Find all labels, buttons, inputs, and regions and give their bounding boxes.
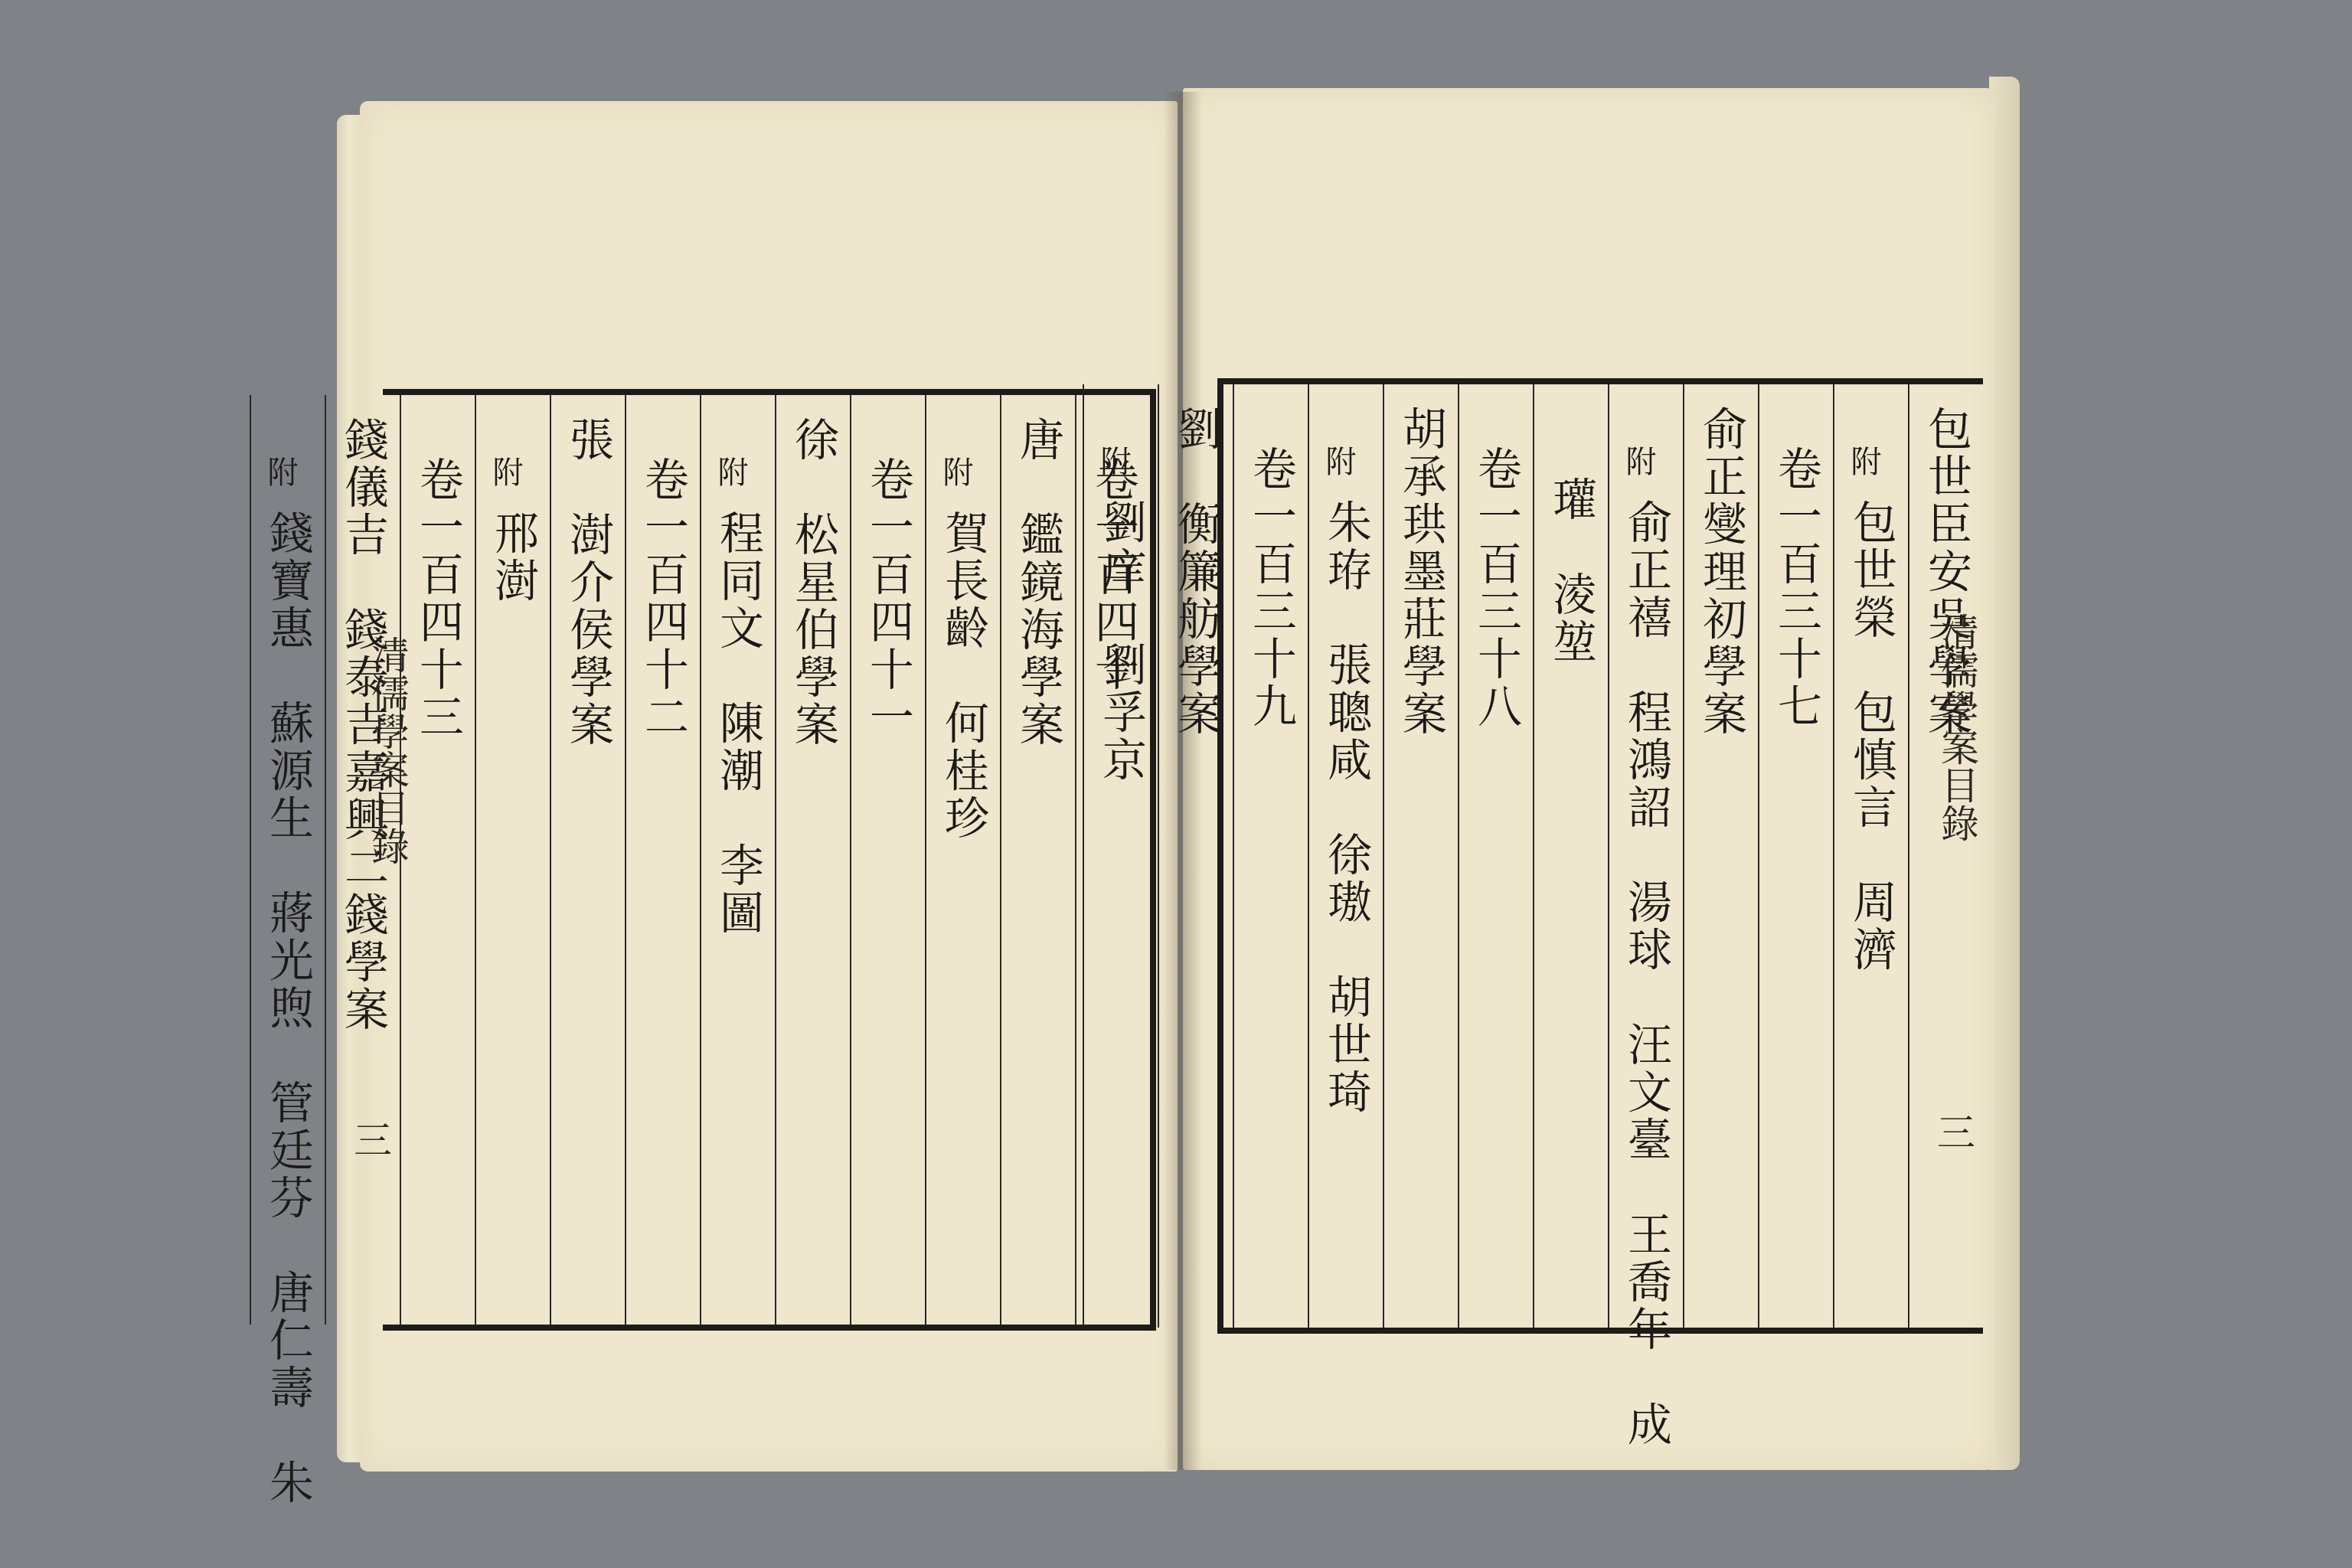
appended-marker: 附 <box>919 456 992 490</box>
case-title: 張 澍介侯學案 <box>562 416 614 749</box>
column-case: 包世臣安吳學案 <box>1908 384 1983 1328</box>
page-number-left: 三 <box>354 1110 392 1165</box>
appended-marker: 附 <box>1302 446 1375 479</box>
appended-names: 程同文 陳潮 李圖 <box>712 510 764 937</box>
column-appended: 附包世榮 包慎言 周濟 <box>1833 384 1908 1328</box>
banxin-title-left: 清儒學案目錄 <box>360 635 415 865</box>
case-title: 劉 衡簾舫學案 <box>1170 406 1222 738</box>
appended-names: 包世榮 包慎言 周濟 <box>1845 499 1897 974</box>
column-case: 唐 鑑鏡海學案 <box>1000 395 1075 1325</box>
appended-marker: 附 <box>1602 446 1675 479</box>
appended-marker: 附 <box>1827 446 1900 479</box>
column-appended: 附賀長齡 何桂珍 <box>925 395 1000 1325</box>
banxin-title-right: 清儒學案目錄 <box>1929 612 1984 842</box>
column-volume: 卷一百三十九 <box>1233 384 1308 1328</box>
volume-number: 卷一百三十八 <box>1470 446 1522 730</box>
column-appended: 附朱珔 張聰咸 徐璈 胡世琦 <box>1308 384 1383 1328</box>
column-case: 張 澍介侯學案 <box>550 395 625 1325</box>
right-page-text-frame: 包世臣安吳學案 附包世榮 包慎言 周濟 卷一百三十七 俞正燮理初學案 附俞正禧 … <box>1217 378 1983 1334</box>
continuation-names: 瓘 淩堃 <box>1545 476 1597 666</box>
volume-number: 卷一百三十九 <box>1245 446 1297 730</box>
volume-number: 卷一百四十一 <box>862 456 914 741</box>
column-case: 俞正燮理初學案 <box>1683 384 1758 1328</box>
appended-names: 朱珔 張聰咸 徐璈 胡世琦 <box>1320 499 1372 1116</box>
left-page-columns: 卷一百四十 唐 鑑鏡海學案 附賀長齡 何桂珍 卷一百四十一 徐 松星伯學案 附程… <box>383 395 1150 1325</box>
appended-names: 賀長齡 何桂珍 <box>937 510 989 842</box>
column-case: 劉 衡簾舫學案 <box>1158 384 1233 1328</box>
volume-number: 卷一百四十二 <box>637 456 689 741</box>
column-continuation: 瓘 淩堃 <box>1533 384 1608 1328</box>
case-title: 徐 松星伯學案 <box>787 416 839 749</box>
column-case: 徐 松星伯學案 <box>775 395 850 1325</box>
page-number-right: 三 <box>1937 1102 1975 1158</box>
column-volume: 卷一百四十一 <box>850 395 925 1325</box>
appended-names: 俞正禧 程鴻詔 湯球 汪文臺 王喬年 成 <box>1620 499 1672 1449</box>
column-volume: 卷一百四十 <box>1075 395 1150 1325</box>
column-volume: 卷一百三十八 <box>1458 384 1533 1328</box>
left-page-text-frame: 卷一百四十 唐 鑑鏡海學案 附賀長齡 何桂珍 卷一百四十一 徐 松星伯學案 附程… <box>383 389 1156 1331</box>
column-volume: 卷一百四十二 <box>625 395 700 1325</box>
column-volume: 卷一百三十七 <box>1758 384 1833 1328</box>
column-appended: 附程同文 陳潮 李圖 <box>700 395 775 1325</box>
volume-number: 卷一百三十七 <box>1770 446 1822 730</box>
case-title: 胡承珙墨莊學案 <box>1395 406 1447 738</box>
column-appended: 附邢澍 <box>475 395 550 1325</box>
appended-marker: 附 <box>243 456 317 490</box>
volume-number: 卷一百四十三 <box>412 456 464 741</box>
right-page-columns: 包世臣安吳學案 附包世榮 包慎言 周濟 卷一百三十七 俞正燮理初學案 附俞正禧 … <box>1223 384 1983 1328</box>
column-case: 胡承珙墨莊學案 <box>1383 384 1458 1328</box>
appended-marker: 附 <box>694 456 767 490</box>
open-book: 包世臣安吳學案 附包世榮 包慎言 周濟 卷一百三十七 俞正燮理初學案 附俞正禧 … <box>0 0 2352 1568</box>
volume-number: 卷一百四十 <box>1087 456 1139 694</box>
case-title: 唐 鑑鏡海學案 <box>1012 416 1064 749</box>
appended-names: 錢寶惠 蘇源生 蔣光煦 管廷芬 唐仁壽 朱 <box>262 510 314 1507</box>
appended-names: 邢澍 <box>487 510 539 605</box>
case-title: 俞正燮理初學案 <box>1695 406 1747 738</box>
appended-marker: 附 <box>469 456 542 490</box>
column-appended: 附俞正禧 程鴻詔 湯球 汪文臺 王喬年 成 <box>1608 384 1683 1328</box>
column-appended: 附錢寶惠 蘇源生 蔣光煦 管廷芬 唐仁壽 朱 <box>250 395 325 1325</box>
